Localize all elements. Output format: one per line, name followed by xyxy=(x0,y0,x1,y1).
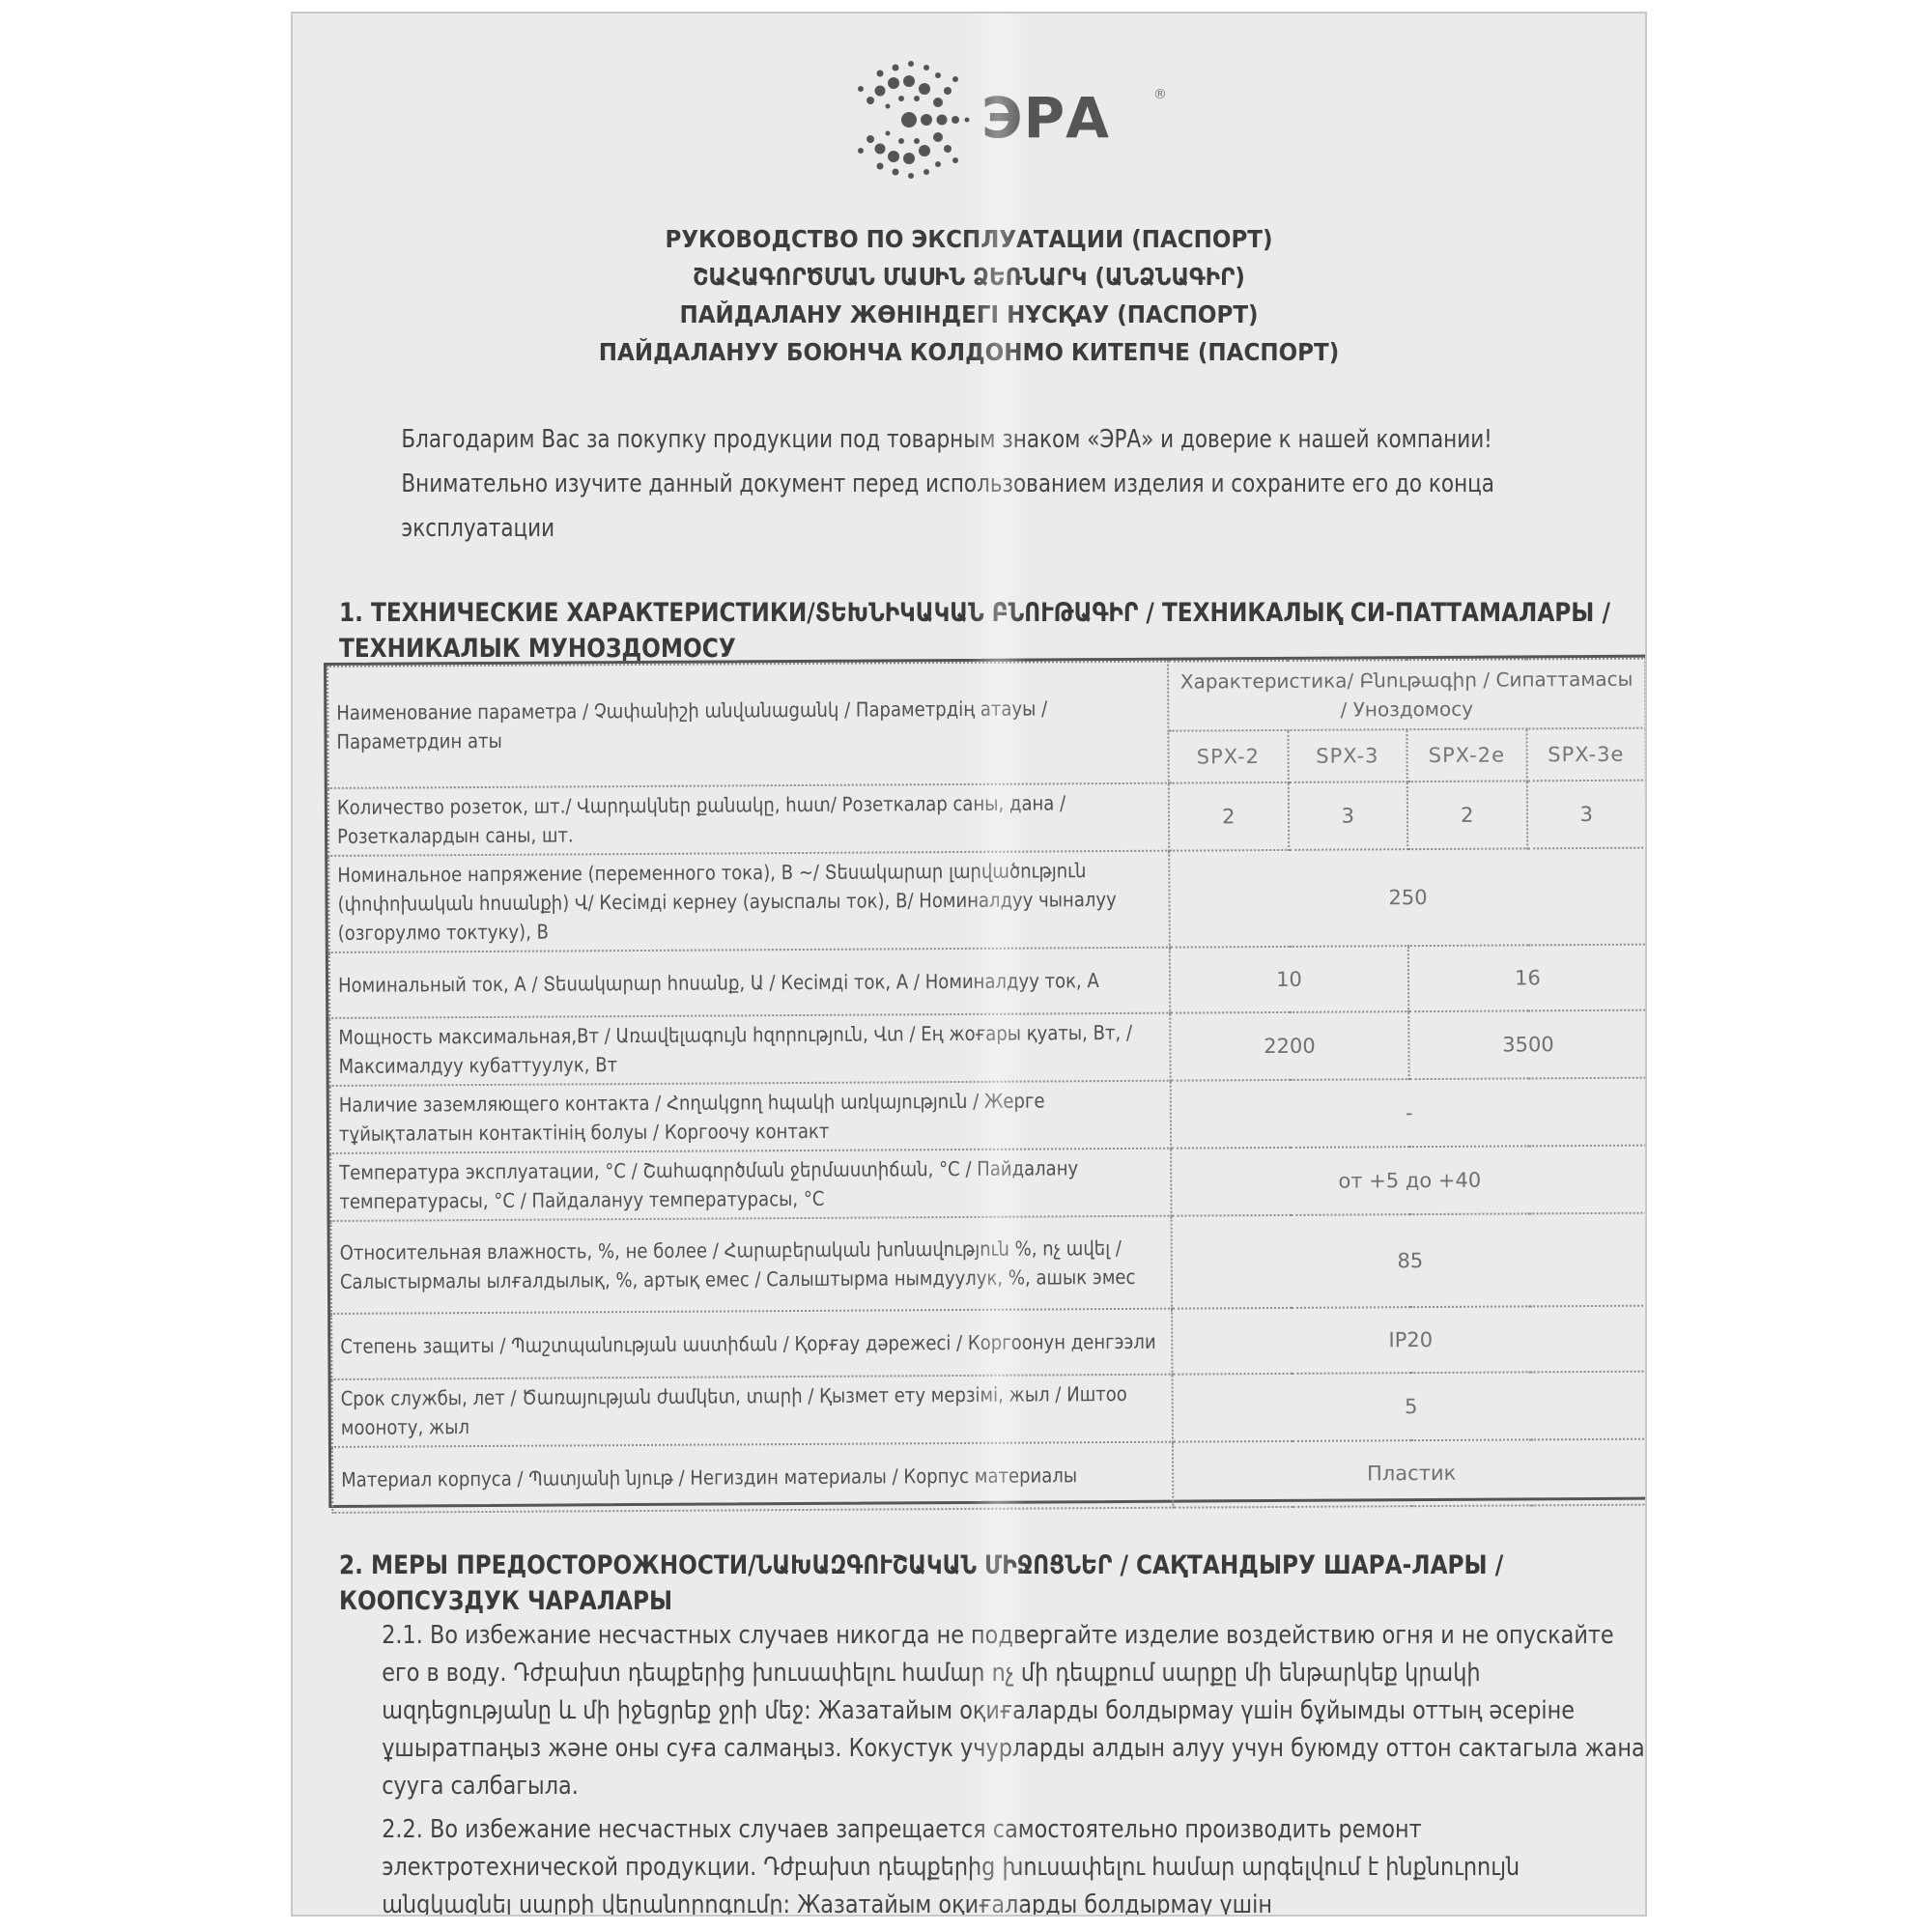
dotted-sun-logo-icon xyxy=(841,52,977,187)
title-kazakh: ПАЙДАЛАНУ ЖӨНІНДЕГІ НҰСҚАУ (ПАСПОРТ) xyxy=(347,296,1591,333)
param-name-cell: Срок службы, лет / Ծառայության ժամկետ, տ… xyxy=(332,1375,1173,1447)
title-armenian: ՇԱՀԱԳՈՐԾՄԱՆ ՄԱՍԻՆ ՁԵՌՆԱՐԿ (ԱՆՁՆԱԳԻՐ) xyxy=(347,258,1591,296)
specifications-table: Наименование параметра / Չափանիշի անվանա… xyxy=(324,655,1647,1508)
param-name-cell: Номинальное напряжение (переменного тока… xyxy=(328,851,1170,952)
param-name-cell: Номинальный ток, А / Տեսակարար հոսանք, Ա… xyxy=(329,948,1170,1018)
param-name-cell: Наличие заземляющего контакта / Հողակցող… xyxy=(330,1081,1171,1153)
param-name-cell: Температура эксплуатации, °С / Շահագործմ… xyxy=(330,1149,1171,1221)
value-cell: 2 xyxy=(1169,782,1289,851)
param-name-cell: Количество розеток, шт./ Վարդակներ քանակ… xyxy=(328,783,1169,856)
table-row: Количество розеток, шт./ Վարդակներ քանակ… xyxy=(328,781,1646,856)
param-name-cell: Относительная влажность, %, не более / Հ… xyxy=(331,1216,1173,1314)
characteristic-header: Характеристика/ Բնութագիր / Сипаттамасы … xyxy=(1168,659,1645,731)
notice-paragraph: Внимательно изучите данный документ пере… xyxy=(339,462,1628,551)
value-cell: 3500 xyxy=(1408,1010,1647,1080)
table-header-row: Наименование параметра / Չափանիշի անվանա… xyxy=(327,659,1645,736)
model-header: SPX-2e xyxy=(1406,728,1526,781)
value-cell: 5 xyxy=(1173,1372,1647,1442)
value-cell: от +5 до +40 xyxy=(1171,1146,1647,1216)
value-cell: 85 xyxy=(1172,1213,1647,1309)
safety-paragraph-2-1: 2.1. Во избежание несчастных случаев ник… xyxy=(324,1617,1647,1805)
value-cell: 3 xyxy=(1288,781,1407,850)
table-row: Относительная влажность, %, не более / Հ… xyxy=(331,1213,1647,1314)
thanks-paragraph: Благодарим Вас за покупку продукции под … xyxy=(339,417,1628,462)
table-row: Срок службы, лет / Ծառայության ժամկետ, տ… xyxy=(332,1372,1647,1447)
param-name-cell: Степень защиты / Պաշտպանության աստիճան /… xyxy=(331,1309,1172,1379)
value-cell: 10 xyxy=(1170,946,1408,1013)
section-1-heading: 1. ТЕХНИЧЕСКИЕ ХАРАКТЕРИСТИКИ/ՏԵԽՆԻԿԱԿԱՆ… xyxy=(339,595,1452,667)
value-cell: 2200 xyxy=(1170,1011,1408,1081)
table-row: Наличие заземляющего контакта / Հողակցող… xyxy=(330,1078,1647,1153)
era-logo: ЭРА ® xyxy=(841,52,1189,187)
value-cell: Пластик xyxy=(1173,1439,1647,1508)
model-header: SPX-3e xyxy=(1526,728,1646,781)
param-name-cell: Мощность максимальная,Вт / Առավելագույն … xyxy=(329,1013,1170,1086)
value-cell: 16 xyxy=(1408,945,1647,1012)
title-russian: РУКОВОДСТВО ПО ЭКСПЛУАТАЦИИ (ПАСПОРТ) xyxy=(347,220,1591,258)
safety-text: 2.1. Во избежание несчастных случаев ник… xyxy=(324,1617,1637,1917)
param-header: Наименование параметра / Չափանիշի անվանա… xyxy=(327,662,1169,788)
document-page: ЭРА ® РУКОВОДСТВО ПО ЭКСПЛУАТАЦИИ (ПАСПО… xyxy=(291,12,1647,1917)
model-header: SPX-2 xyxy=(1168,730,1288,783)
value-cell: IP20 xyxy=(1172,1306,1647,1375)
value-cell: - xyxy=(1171,1078,1647,1149)
model-header: SPX-3 xyxy=(1288,729,1407,782)
brand-name: ЭРА xyxy=(981,85,1110,151)
value-cell: 2 xyxy=(1407,781,1527,849)
table-row: Номинальное напряжение (переменного тока… xyxy=(328,848,1647,952)
safety-paragraph-2-2: 2.2. Во избежание несчастных случаев зап… xyxy=(324,1811,1647,1917)
value-cell: 3 xyxy=(1526,781,1646,849)
table-row: Номинальный ток, А / Տեսակարար հոսանք, Ա… xyxy=(329,945,1647,1018)
intro-text: Благодарим Вас за покупку продукции под … xyxy=(339,417,1634,551)
value-cell: 250 xyxy=(1169,848,1647,948)
table-row: Степень защиты / Պաշտպանության աստիճան /… xyxy=(331,1306,1647,1379)
registered-mark: ® xyxy=(1153,87,1167,102)
table-row: Мощность максимальная,Вт / Առավելագույն … xyxy=(329,1010,1647,1086)
param-name-cell: Материал корпуса / Պատյանի նյութ / Негиз… xyxy=(332,1442,1173,1513)
title-kyrgyz: ПАЙДАЛАНУУ БОЮНЧА КОЛДОНМО КИТЕПЧЕ (ПАСП… xyxy=(347,333,1591,371)
table-row: Температура эксплуатации, °С / Շահագործմ… xyxy=(330,1146,1647,1221)
section-2-heading: 2. МЕРЫ ПРЕДОСТОРОЖНОСТИ/ՆԱԽԱԶԳՈՒՇԱԿԱՆ Մ… xyxy=(339,1548,1452,1619)
document-titles: РУКОВОДСТВО ПО ЭКСПЛУАТАЦИИ (ПАСПОРТ) ՇԱ… xyxy=(293,220,1645,371)
table-row: Материал корпуса / Պատյանի նյութ / Негиз… xyxy=(332,1439,1647,1513)
